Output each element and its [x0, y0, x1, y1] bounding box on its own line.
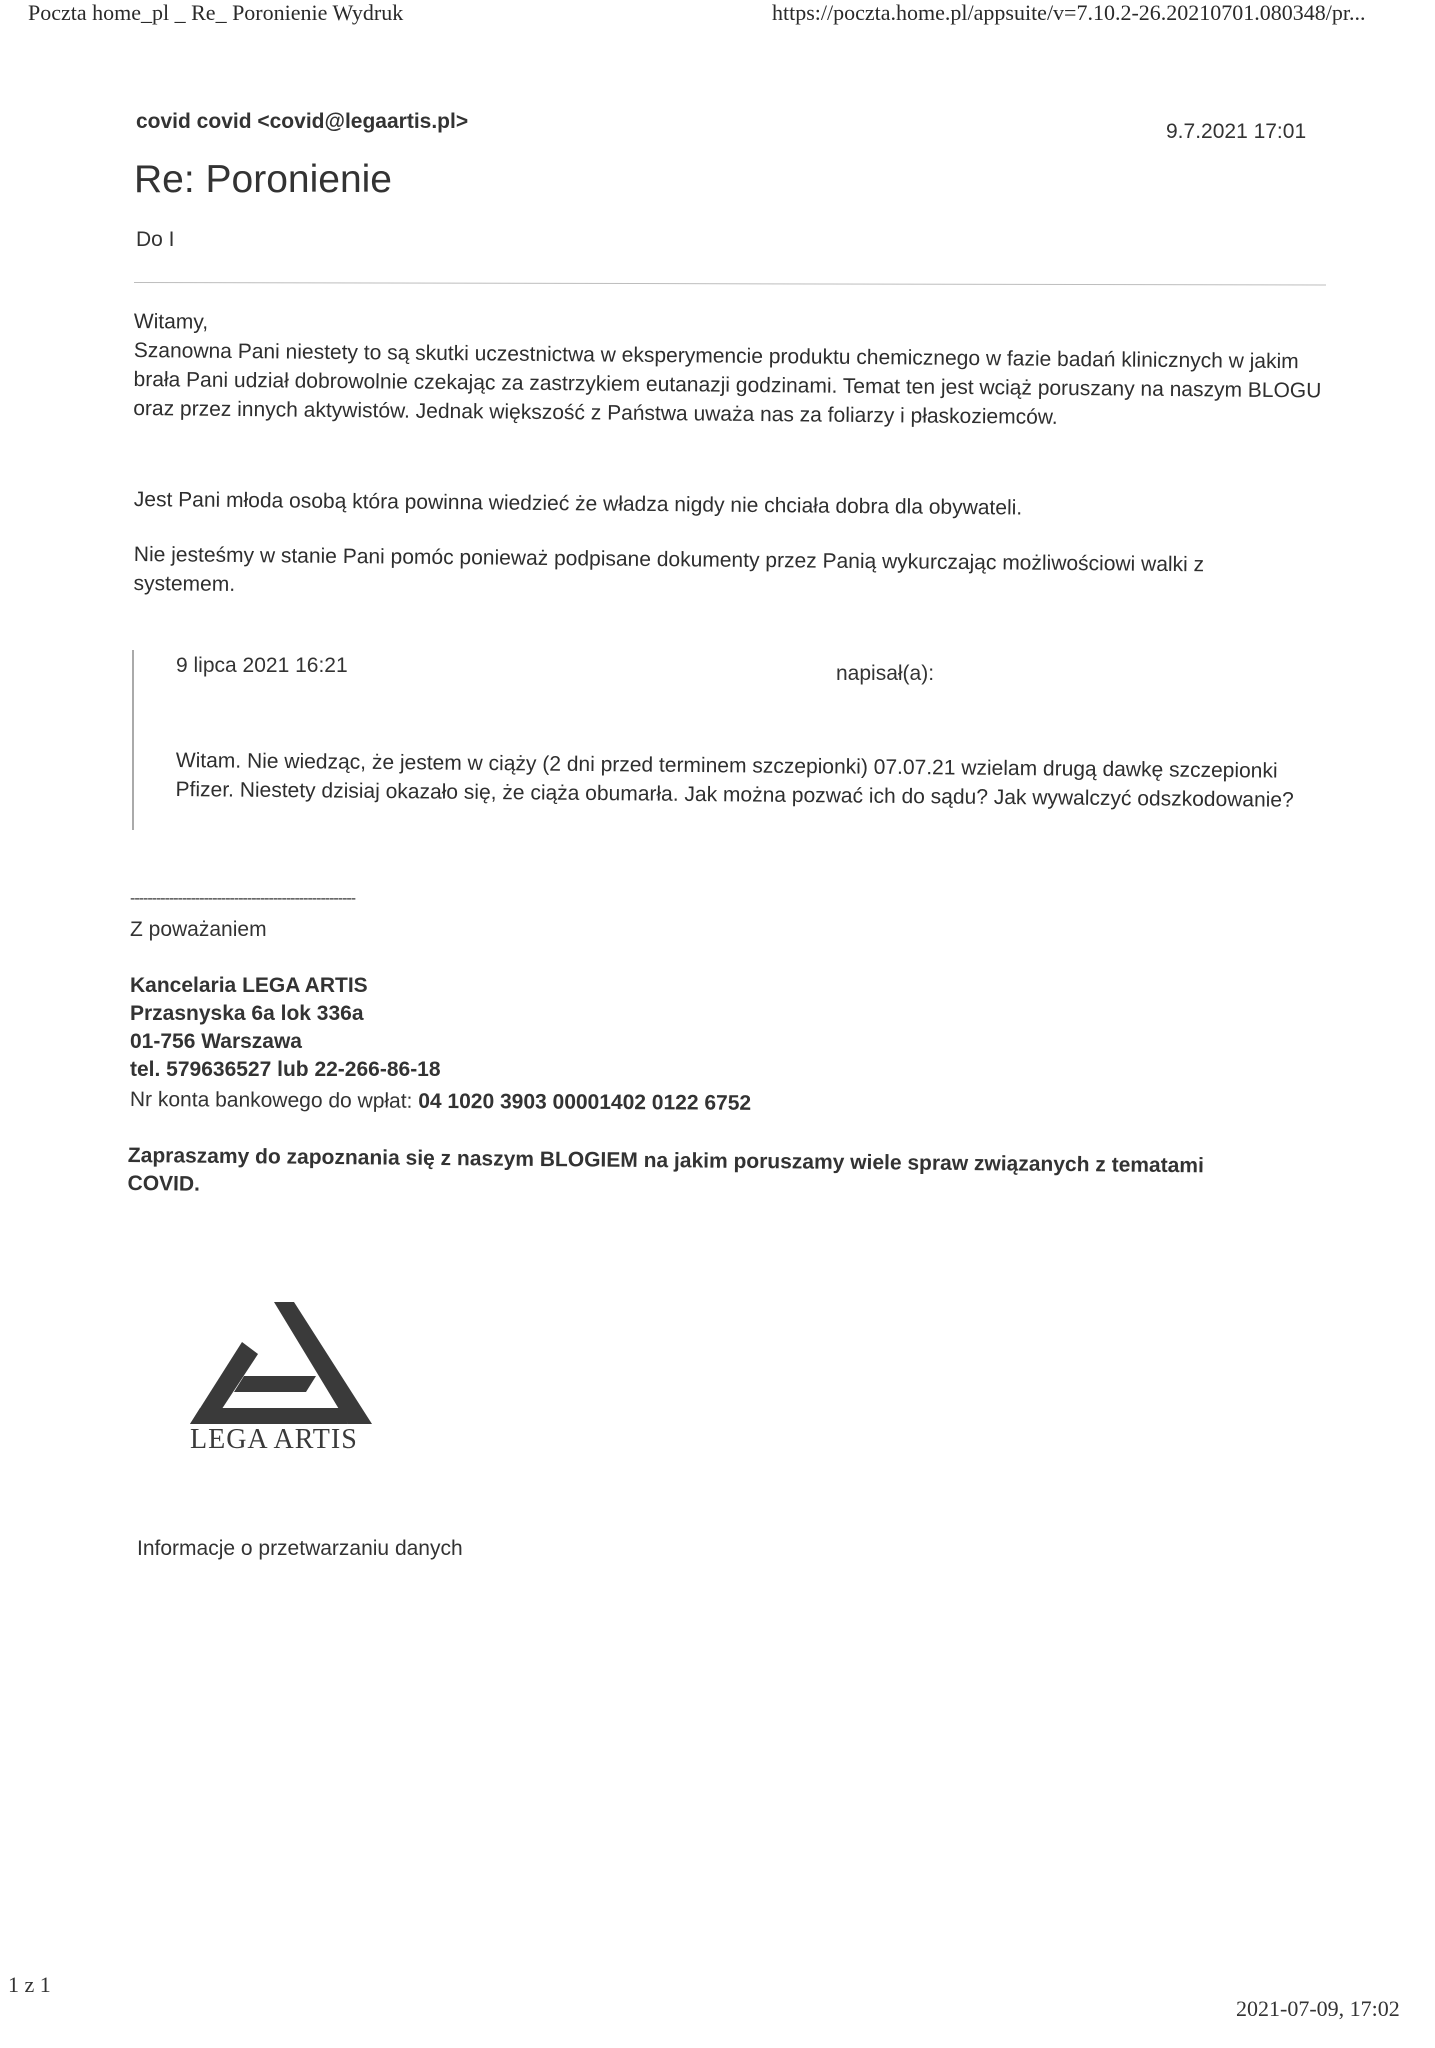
- bank-account: Nr konta bankowego do wpłat: 04 1020 390…: [130, 1088, 751, 1116]
- bank-account-number: 04 1020 3903 00001402 0122 6752: [418, 1090, 751, 1115]
- signature-regards: Z poważaniem: [130, 918, 267, 942]
- email-sender: covid covid <covid@legaartis.pl>: [136, 110, 468, 134]
- signature-line: 01-756 Warszawa: [130, 1028, 441, 1056]
- data-processing-info-link[interactable]: Informacje o przetwarzaniu danych: [137, 1537, 463, 1561]
- signature-divider: ----------------------------------------…: [130, 890, 355, 908]
- quote-wrote-label: napisał(a):: [836, 662, 934, 686]
- email-paragraph: Nie jesteśmy w stanie Pani pomóc poniewa…: [133, 540, 1294, 609]
- paragraph-text: Nie jesteśmy w stanie Pani pomóc poniewa…: [133, 540, 1294, 609]
- signature-address: Kancelaria LEGA ARTIS Przasnyska 6a lok …: [130, 972, 441, 1084]
- signature-line: Przasnyska 6a lok 336a: [130, 1000, 441, 1028]
- quoted-message-text: Witam. Nie wiedząc, że jestem w ciąży (2…: [175, 746, 1336, 815]
- email-subject: Re: Poronienie: [134, 158, 392, 202]
- logo-text: LEGA ARTIS: [190, 1424, 358, 1456]
- quote-border: [132, 650, 134, 830]
- header-separator: [134, 282, 1326, 285]
- signature-line: tel. 579636527 lub 22-266-86-18: [130, 1056, 441, 1084]
- email-paragraph: Jest Pani młoda osobą która powinna wied…: [134, 485, 1334, 526]
- print-header-title: Poczta home_pl _ Re_ Poronienie Wydruk: [28, 0, 403, 26]
- print-timestamp: 2021-07-09, 17:02: [1236, 1996, 1400, 2022]
- quote-date: 9 lipca 2021 16:21: [176, 654, 348, 678]
- signature-line: Kancelaria LEGA ARTIS: [130, 972, 441, 1000]
- page-number: 1 z 1: [8, 1972, 51, 1998]
- blog-invitation: Zapraszamy do zapoznania się z naszym BL…: [127, 1142, 1277, 1209]
- email-recipient: Do I: [136, 228, 175, 252]
- quoted-message: Witam. Nie wiedząc, że jestem w ciąży (2…: [175, 746, 1336, 815]
- paragraph-text: Jest Pani młoda osobą która powinna wied…: [134, 485, 1334, 526]
- email-paragraph: Szanowna Pani niestety to są skutki ucze…: [133, 336, 1334, 435]
- paragraph-text: Szanowna Pani niestety to są skutki ucze…: [133, 336, 1334, 435]
- print-header-url: https://poczta.home.pl/appsuite/v=7.10.2…: [772, 0, 1366, 26]
- bank-account-label: Nr konta bankowego do wpłat:: [130, 1088, 418, 1113]
- email-date: 9.7.2021 17:01: [1166, 120, 1306, 144]
